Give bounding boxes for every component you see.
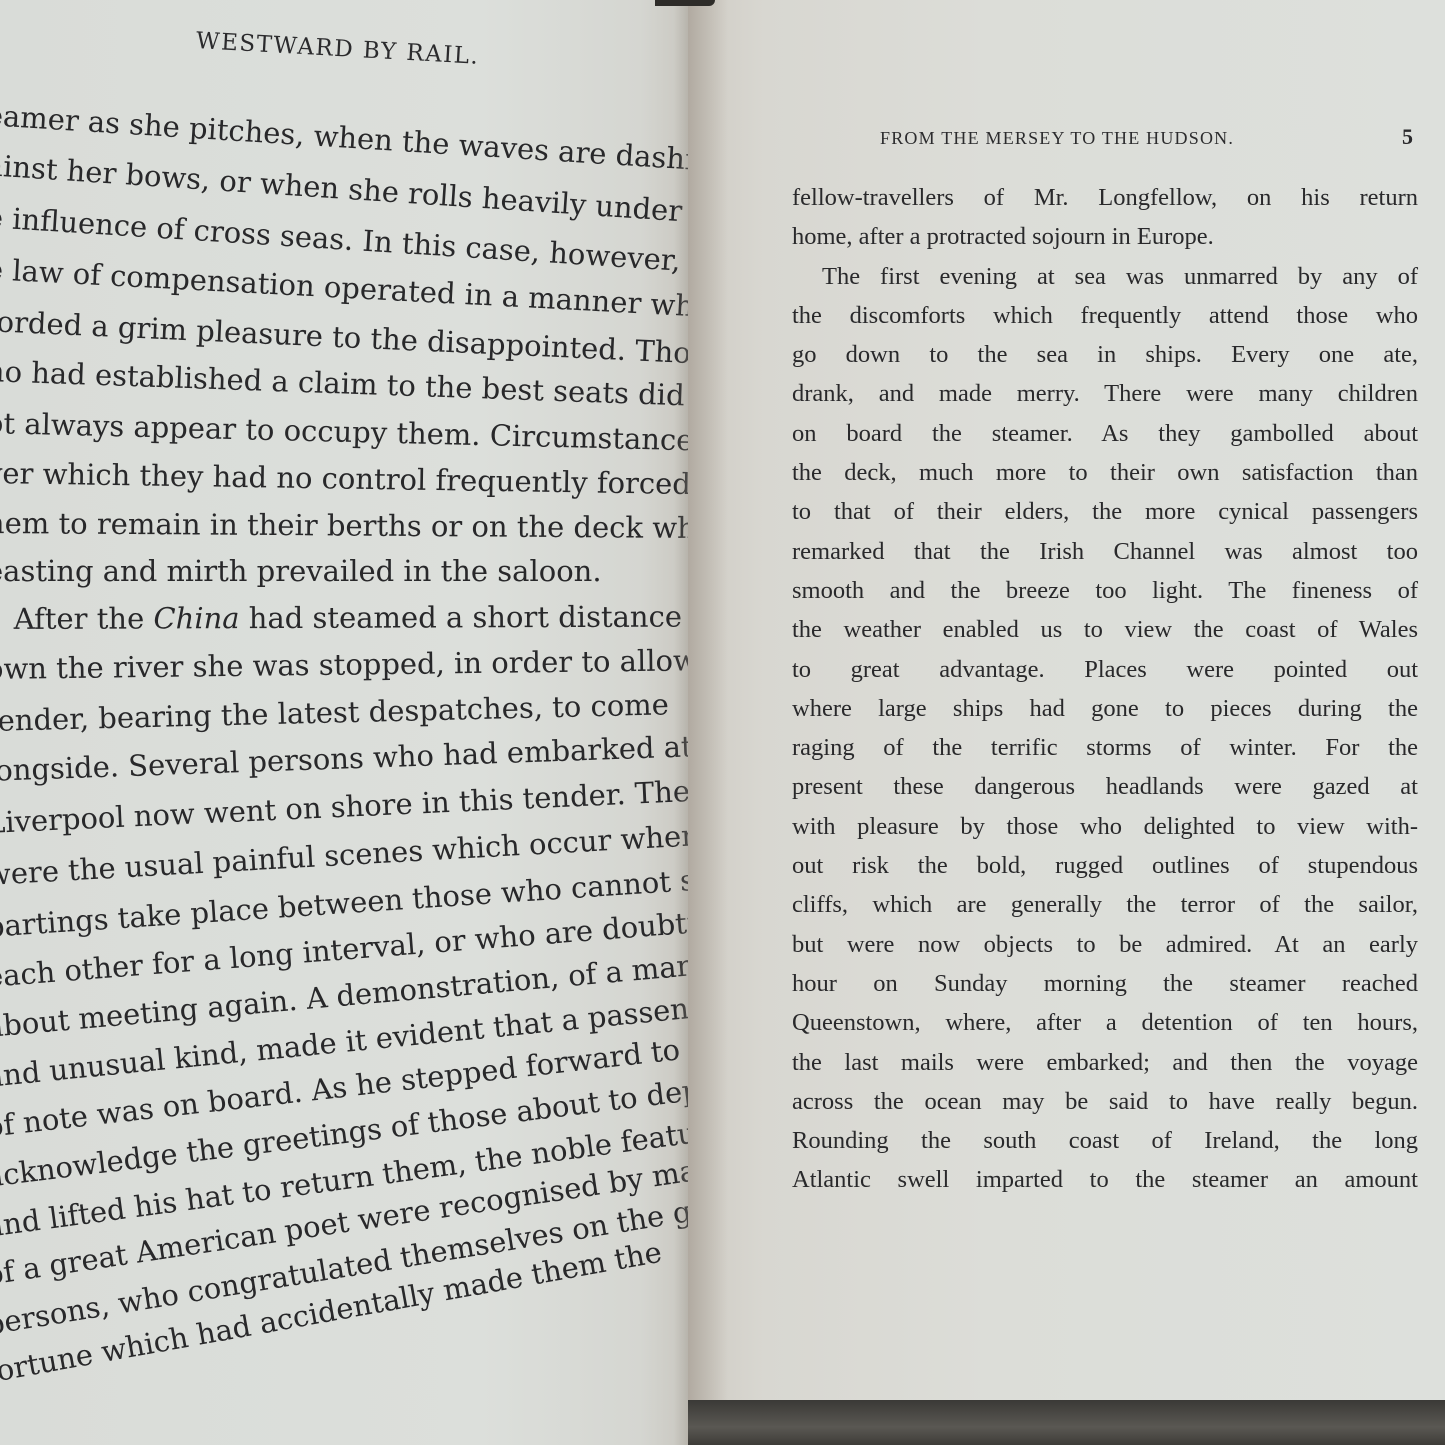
right-line: present these dangerous headlands were g… (792, 767, 1418, 806)
right-line: home, after a protracted sojourn in Euro… (792, 217, 1418, 256)
left-line-with-italic: After the China had steamed a short dist… (0, 600, 682, 636)
right-line: across the ocean may be said to have rea… (792, 1082, 1418, 1121)
right-line: raging of the terrific storms of winter.… (792, 728, 1418, 767)
right-line: go down to the sea in ships. Every one a… (792, 335, 1418, 374)
right-running-head: FROM THE MERSEY TO THE HUDSON. (880, 128, 1234, 149)
right-line: Queenstown, where, after a detention of … (792, 1003, 1418, 1042)
right-line: the last mails were embarked; and then t… (792, 1043, 1418, 1082)
left-line: tender, bearing the latest despatches, t… (0, 687, 669, 738)
open-book-spread: WESTWARD BY RAIL. eamer as she pitches, … (0, 0, 1445, 1445)
right-line: out risk the bold, rugged outlines of st… (792, 846, 1418, 885)
left-line: ver which they had no control frequently… (0, 456, 688, 501)
left-running-head: WESTWARD BY RAIL. (195, 28, 480, 70)
right-line: hour on Sunday morning the steamer reach… (792, 964, 1418, 1003)
right-line: where large ships had gone to pieces dur… (792, 689, 1418, 728)
left-line: own the river she was stopped, in order … (0, 643, 688, 686)
right-line: the weather enabled us to view the coast… (792, 610, 1418, 649)
right-line: but were now objects to be admired. At a… (792, 925, 1418, 964)
left-line: easting and mirth prevailed in the saloo… (0, 554, 602, 588)
left-line: hem to remain in their berths or on the … (0, 506, 688, 545)
right-line: Atlantic swell imparted to the steamer a… (792, 1160, 1418, 1199)
ship-name-italic: China (153, 601, 239, 635)
right-line: The first evening at sea was unmarred by… (792, 257, 1418, 296)
right-line: the discomforts which frequently attend … (792, 296, 1418, 335)
right-line: fellow-travellers of Mr. Longfellow, on … (792, 178, 1418, 217)
right-line: the deck, much more to their own satisfa… (792, 453, 1418, 492)
table-surface (688, 1400, 1445, 1445)
page-number: 5 (1402, 124, 1413, 150)
right-line: Rounding the south coast of Ireland, the… (792, 1121, 1418, 1160)
right-line: to that of their elders, the more cynica… (792, 492, 1418, 531)
book-cover-edge (655, 0, 715, 6)
right-line: drank, and made merry. There were many c… (792, 374, 1418, 413)
right-line: remarked that the Irish Channel was almo… (792, 532, 1418, 571)
left-page: WESTWARD BY RAIL. eamer as she pitches, … (0, 0, 688, 1445)
right-page-body: fellow-travellers of Mr. Longfellow, on … (792, 178, 1418, 1200)
right-line: on board the steamer. As they gambolled … (792, 414, 1418, 453)
right-line: to great advantage. Places were pointed … (792, 650, 1418, 689)
right-line: with pleasure by those who delighted to … (792, 807, 1418, 846)
right-line: cliffs, which are generally the terror o… (792, 885, 1418, 924)
left-line: ot always appear to occupy them. Circums… (0, 406, 688, 458)
right-line: smooth and the breeze too light. The fin… (792, 571, 1418, 610)
